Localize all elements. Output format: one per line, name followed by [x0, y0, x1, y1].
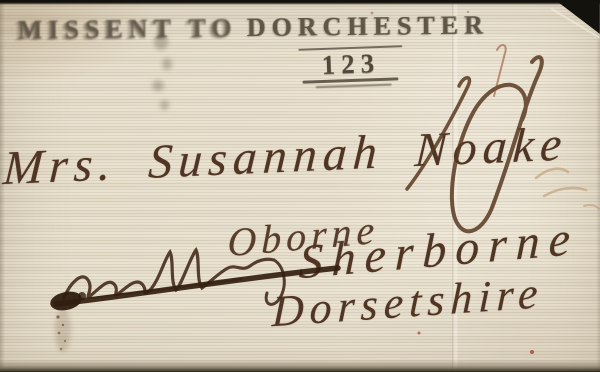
handstamp-missent-to-text: MISSENT TO: [18, 13, 238, 44]
handstamp-town-text: DORCHESTER: [247, 11, 489, 43]
ink-smudge: [160, 100, 169, 110]
missent-handstamp: MISSENT TODORCHESTER: [18, 11, 489, 46]
postal-cover-photo: MISSENT TODORCHESTER 123 Mrs. Susannah N…: [0, 0, 600, 372]
photo-top-edge: [0, 0, 600, 5]
mileage-mark: 123: [298, 45, 403, 89]
photo-bottom-shadow: [0, 359, 600, 372]
ink-smudge: [152, 80, 164, 91]
ink-smudge: [162, 58, 172, 70]
ink-smudge: [55, 308, 71, 352]
mileage-number: 123: [298, 47, 403, 81]
